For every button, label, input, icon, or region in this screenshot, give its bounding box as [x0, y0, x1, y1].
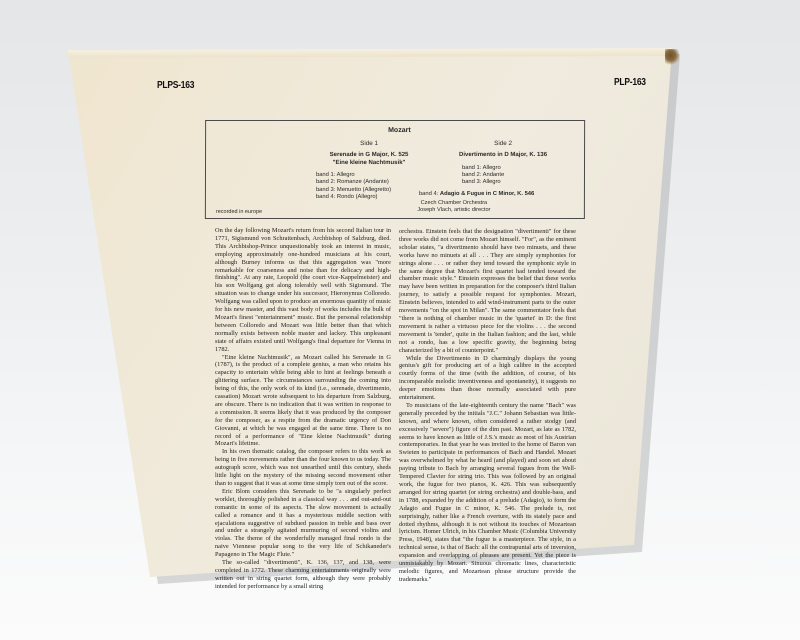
- side-1-work-title: Serenade in G Major, K. 525: [304, 152, 434, 160]
- composer-title: Mozart: [388, 127, 411, 134]
- orchestra-name: Czech Chamber Orchestra: [394, 200, 514, 207]
- notes-paragraph: In his own thematic catalog, the compose…: [215, 448, 391, 488]
- side-2-label: Side 2: [428, 140, 578, 147]
- side-1-band: band 3: Menuetto (Allegretto): [316, 187, 434, 194]
- director-name: Joseph Vlach, artistic director: [394, 207, 514, 214]
- notes-paragraph: On the day following Mozart's return fro…: [215, 227, 391, 354]
- side-1-label: Side 1: [304, 140, 434, 147]
- notes-paragraph: While the Divertimento in D charmingly d…: [399, 355, 576, 402]
- side-2-band: band 2: Andante: [462, 172, 578, 179]
- recording-note: recorded in europe: [216, 209, 262, 215]
- side-2-work-title: Divertimento in D Major, K. 136: [428, 152, 578, 160]
- liner-notes-left-column: On the day following Mozart's return fro…: [215, 227, 391, 591]
- notes-paragraph: Eric Blom considers this Serenade to be …: [215, 488, 391, 559]
- performers-credit: Czech Chamber Orchestra Joseph Vlach, ar…: [394, 200, 514, 214]
- side-1-work-subtitle: "Eine kleine Nachtmusik": [304, 159, 434, 167]
- band-4-prefix: band 4:: [419, 191, 440, 197]
- program-box: Mozart Side 1 Serenade in G Major, K. 52…: [205, 120, 585, 219]
- side-2-band-4: band 4: Adagio & Fugue in C Minor, K. 54…: [419, 191, 534, 197]
- side-2-band: band 3: Allegro: [462, 179, 578, 186]
- side-2-band: band 1: Allegro: [462, 164, 578, 171]
- catalog-number-stereo: PLPS-163: [157, 80, 194, 91]
- catalog-number-mono: PLP-163: [614, 77, 646, 88]
- band-4-title: Adagio & Fugue in C Minor, K. 546: [440, 191, 534, 197]
- side-1-band: band 1: Allegro: [316, 172, 434, 179]
- side-1-listing: Side 1 Serenade in G Major, K. 525 "Eine…: [304, 140, 434, 201]
- corner-wear-mark: [665, 49, 679, 65]
- side-1-band: band 2: Romanze (Andante): [316, 179, 434, 186]
- notes-paragraph: To musicians of the late-eighteenth cent…: [399, 402, 576, 584]
- liner-notes-right-column: orchestra. Einstein feels that the desig…: [399, 228, 576, 584]
- notes-paragraph: The so-called "divertimenti", K. 136, 13…: [215, 559, 391, 591]
- notes-paragraph: "Eine kleine Nachtmusik", as Mozart call…: [215, 354, 391, 449]
- side-2-listing: Side 2 Divertimento in D Major, K. 136 b…: [428, 140, 578, 186]
- notes-paragraph: orchestra. Einstein feels that the desig…: [399, 228, 576, 355]
